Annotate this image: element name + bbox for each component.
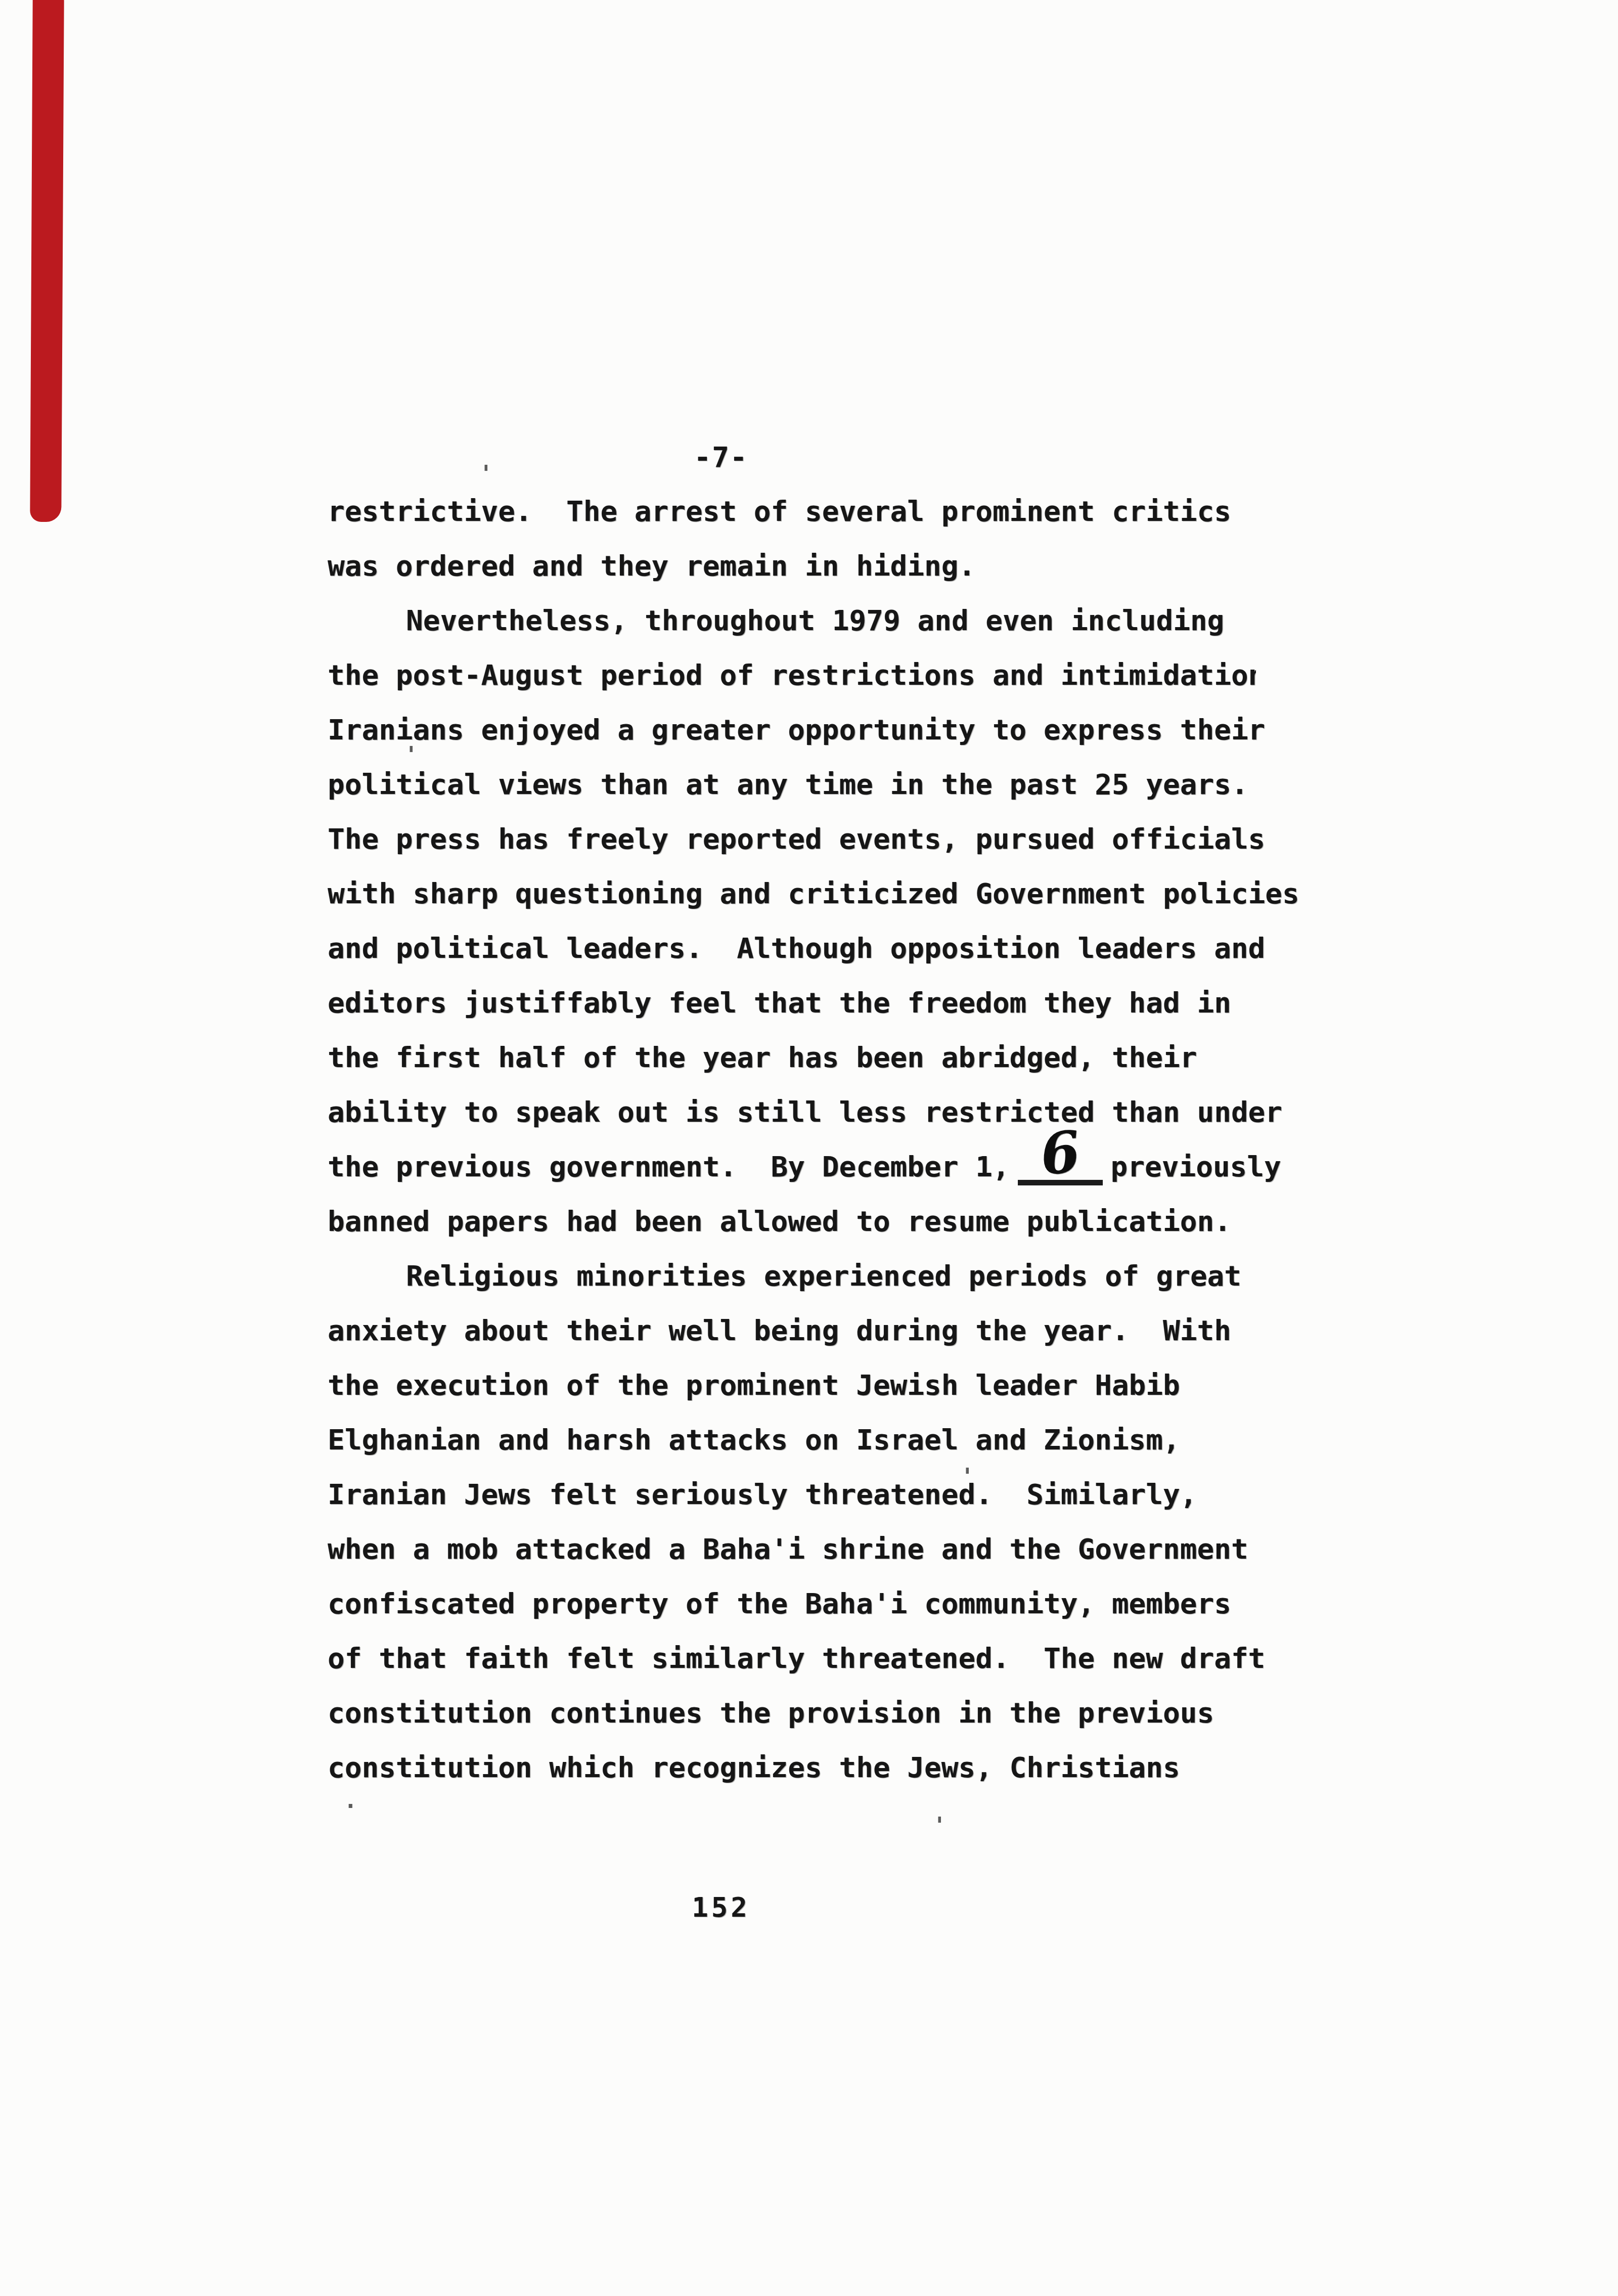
handwritten-number: 6 <box>1038 1123 1083 1184</box>
text-line: of that faith felt similarly threatened.… <box>328 1631 1389 1686</box>
text-line: constitution continues the provision in … <box>328 1686 1389 1741</box>
text-line: Religious minorities experienced periods… <box>328 1249 1389 1304</box>
text-line: the first half of the year has been abri… <box>328 1031 1389 1085</box>
text-line: the post-August period of restrictions a… <box>328 648 1389 703</box>
page-footer-number: 152 <box>692 1891 750 1923</box>
scan-artifact: ' <box>404 742 418 768</box>
text-line: constitution which recognizes the Jews, … <box>328 1741 1389 1795</box>
page-header-number: -7- <box>694 441 748 474</box>
text-line: confiscated property of the Baha'i commu… <box>328 1577 1389 1631</box>
text-line: the execution of the prominent Jewish le… <box>328 1358 1389 1413</box>
text-line: The press has freely reported events, pu… <box>328 812 1389 867</box>
fill-in-blank-underline: 6 <box>1018 1152 1103 1185</box>
text-line: with sharp questioning and criticized Go… <box>328 867 1389 921</box>
paragraph: restrictive. The arrest of several promi… <box>328 484 1389 594</box>
text-line: restrictive. The arrest of several promi… <box>328 484 1389 539</box>
scan-artifact: ' <box>479 461 493 487</box>
document-body: restrictive. The arrest of several promi… <box>328 484 1389 1795</box>
clipped-character: n <box>1248 648 1256 703</box>
scanned-document-page: -7- restrictive. The arrest of several p… <box>0 0 1618 2296</box>
red-marker-bar <box>30 0 64 522</box>
paragraph: Nevertheless, throughout 1979 and even i… <box>328 594 1389 1249</box>
text-line: editors justiffably feel that the freedo… <box>328 976 1389 1031</box>
text-line: political views than at any time in the … <box>328 758 1389 812</box>
text-line: Elghanian and harsh attacks on Israel an… <box>328 1413 1389 1468</box>
paragraph: Religious minorities experienced periods… <box>328 1249 1389 1795</box>
text-line: Iranian Jews felt seriously threatened. … <box>328 1468 1389 1522</box>
scan-artifact: . <box>344 1788 357 1814</box>
text-line: when a mob attacked a Baha'i shrine and … <box>328 1522 1389 1577</box>
text-line: and political leaders. Although oppositi… <box>328 921 1389 976</box>
text-line: ability to speak out is still less restr… <box>328 1085 1389 1140</box>
text-line: Nevertheless, throughout 1979 and even i… <box>328 594 1389 648</box>
text-line: the previous government. By December 1,6… <box>328 1140 1389 1195</box>
scan-artifact: ' <box>933 1813 947 1839</box>
text-line: Iranians enjoyed a greater opportunity t… <box>328 703 1389 758</box>
text-line: anxiety about their well being during th… <box>328 1304 1389 1358</box>
scan-artifact: ' <box>961 1464 974 1490</box>
text-line: was ordered and they remain in hiding. <box>328 539 1389 594</box>
text-line: banned papers had been allowed to resume… <box>328 1195 1389 1249</box>
